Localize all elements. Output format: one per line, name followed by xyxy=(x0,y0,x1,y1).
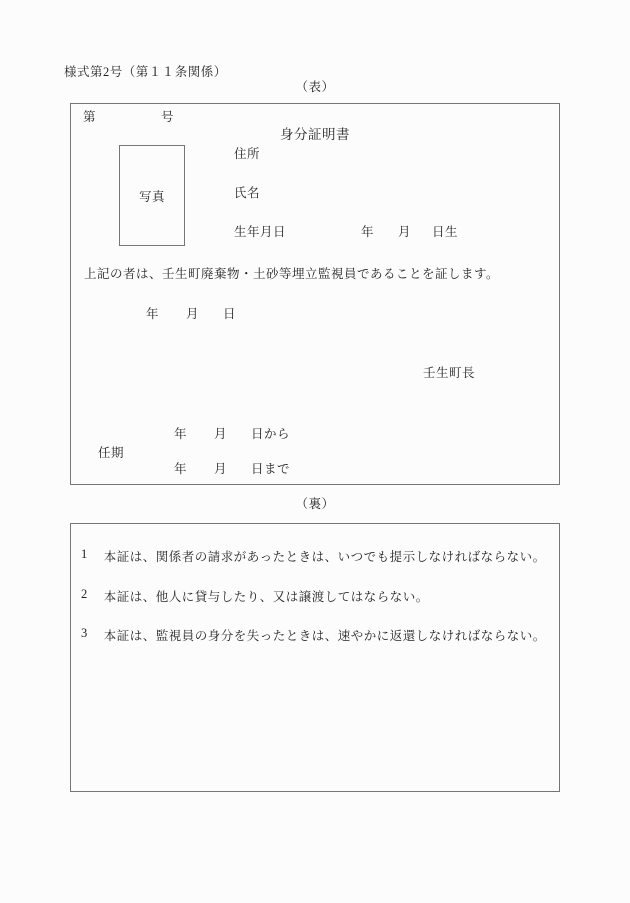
card-title: 身分証明書 xyxy=(71,123,559,143)
rule-text: 本証は、関係者の請求があったときは、いつでも提示しなければならない。 xyxy=(104,547,546,565)
address-label: 住所 xyxy=(234,147,260,161)
form-number: 様式第2号（第１１条関係） xyxy=(64,65,227,79)
rule-number: 1 xyxy=(81,547,88,565)
term-label: 任期 xyxy=(98,446,124,460)
term-to-month-label: 月 xyxy=(214,462,227,476)
term-to-day-label: 日まで xyxy=(251,462,290,476)
term-to-year-label: 年 xyxy=(174,462,187,476)
document-page: 様式第2号（第１１条関係） （表） 第 号 身分証明書 写真 住所 氏名 生年月… xyxy=(0,0,630,903)
front-side-label: （表） xyxy=(70,81,560,95)
birthdate-label: 生年月日 xyxy=(234,225,286,239)
back-card: 1 本証は、関係者の請求があったときは、いつでも提示しなければならない。 2 本… xyxy=(70,523,560,792)
birth-day-label: 日生 xyxy=(432,225,458,239)
term-from-day-label: 日から xyxy=(251,427,290,441)
front-card: 第 号 身分証明書 写真 住所 氏名 生年月日 年 月 日生 上記の者は、壬生町… xyxy=(70,103,560,485)
rule-item: 3 本証は、監視員の身分を失ったときは、速やかに返還しなければならない。 xyxy=(81,626,546,644)
rule-item: 2 本証は、他人に貸与したり、又は譲渡してはならない。 xyxy=(81,587,429,605)
term-from-month-label: 月 xyxy=(214,427,227,441)
certification-statement: 上記の者は、壬生町廃棄物・土砂等埋立監視員であることを証します。 xyxy=(84,267,499,281)
back-side-label: （裏） xyxy=(70,498,560,512)
issue-date-year-label: 年 xyxy=(146,307,159,321)
name-label: 氏名 xyxy=(234,186,260,200)
rule-text: 本証は、監視員の身分を失ったときは、速やかに返還しなければならない。 xyxy=(104,626,546,644)
term-from-year-label: 年 xyxy=(174,427,187,441)
rule-text: 本証は、他人に貸与したり、又は譲渡してはならない。 xyxy=(104,587,429,605)
rule-number: 2 xyxy=(81,587,88,605)
mayor-signature: 壬生町長 xyxy=(423,366,475,380)
issue-date-month-label: 月 xyxy=(186,307,199,321)
birth-month-label: 月 xyxy=(398,225,411,239)
birth-year-label: 年 xyxy=(361,225,374,239)
rule-item: 1 本証は、関係者の請求があったときは、いつでも提示しなければならない。 xyxy=(81,547,546,565)
rule-number: 3 xyxy=(81,626,88,644)
issue-date-day-label: 日 xyxy=(223,307,236,321)
photo-label: 写真 xyxy=(139,187,165,205)
photo-box: 写真 xyxy=(119,145,185,246)
